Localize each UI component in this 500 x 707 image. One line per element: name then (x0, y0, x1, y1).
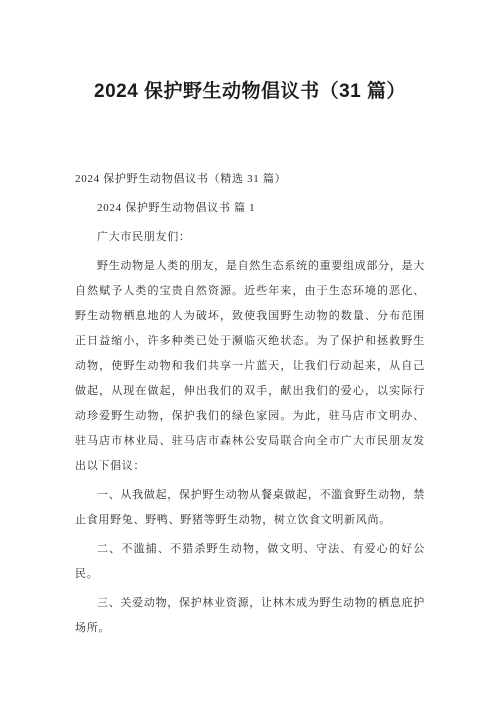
document-page: 2024 保护野生动物倡议书（31 篇） 2024 保护野生动物倡议书（精选 3… (0, 0, 500, 707)
paragraph: 2024 保护野生动物倡议书 篇 1 (75, 196, 425, 221)
paragraph: 广大市民朋友们： (75, 225, 425, 250)
paragraph: 野生动物是人类的朋友，是自然生态系统的重要组成部分，是大自然赋予人类的宝贵自然资… (75, 254, 425, 479)
paragraph: 一、从我做起，保护野生动物从餐桌做起，不滥食野生动物，禁止食用野兔、野鸭、野猪等… (75, 483, 425, 533)
paragraph: 三、关爱动物，保护林业资源，让林木成为野生动物的栖息庇护场所。 (75, 591, 425, 641)
paragraph: 二、不滥捕、不猎杀野生动物，做文明、守法、有爱心的好公民。 (75, 537, 425, 587)
paragraph: 2024 保护野生动物倡议书（精选 31 篇） (75, 167, 425, 192)
document-body: 2024 保护野生动物倡议书（精选 31 篇）2024 保护野生动物倡议书 篇 … (75, 167, 425, 641)
document-title: 2024 保护野生动物倡议书（31 篇） (0, 78, 500, 106)
